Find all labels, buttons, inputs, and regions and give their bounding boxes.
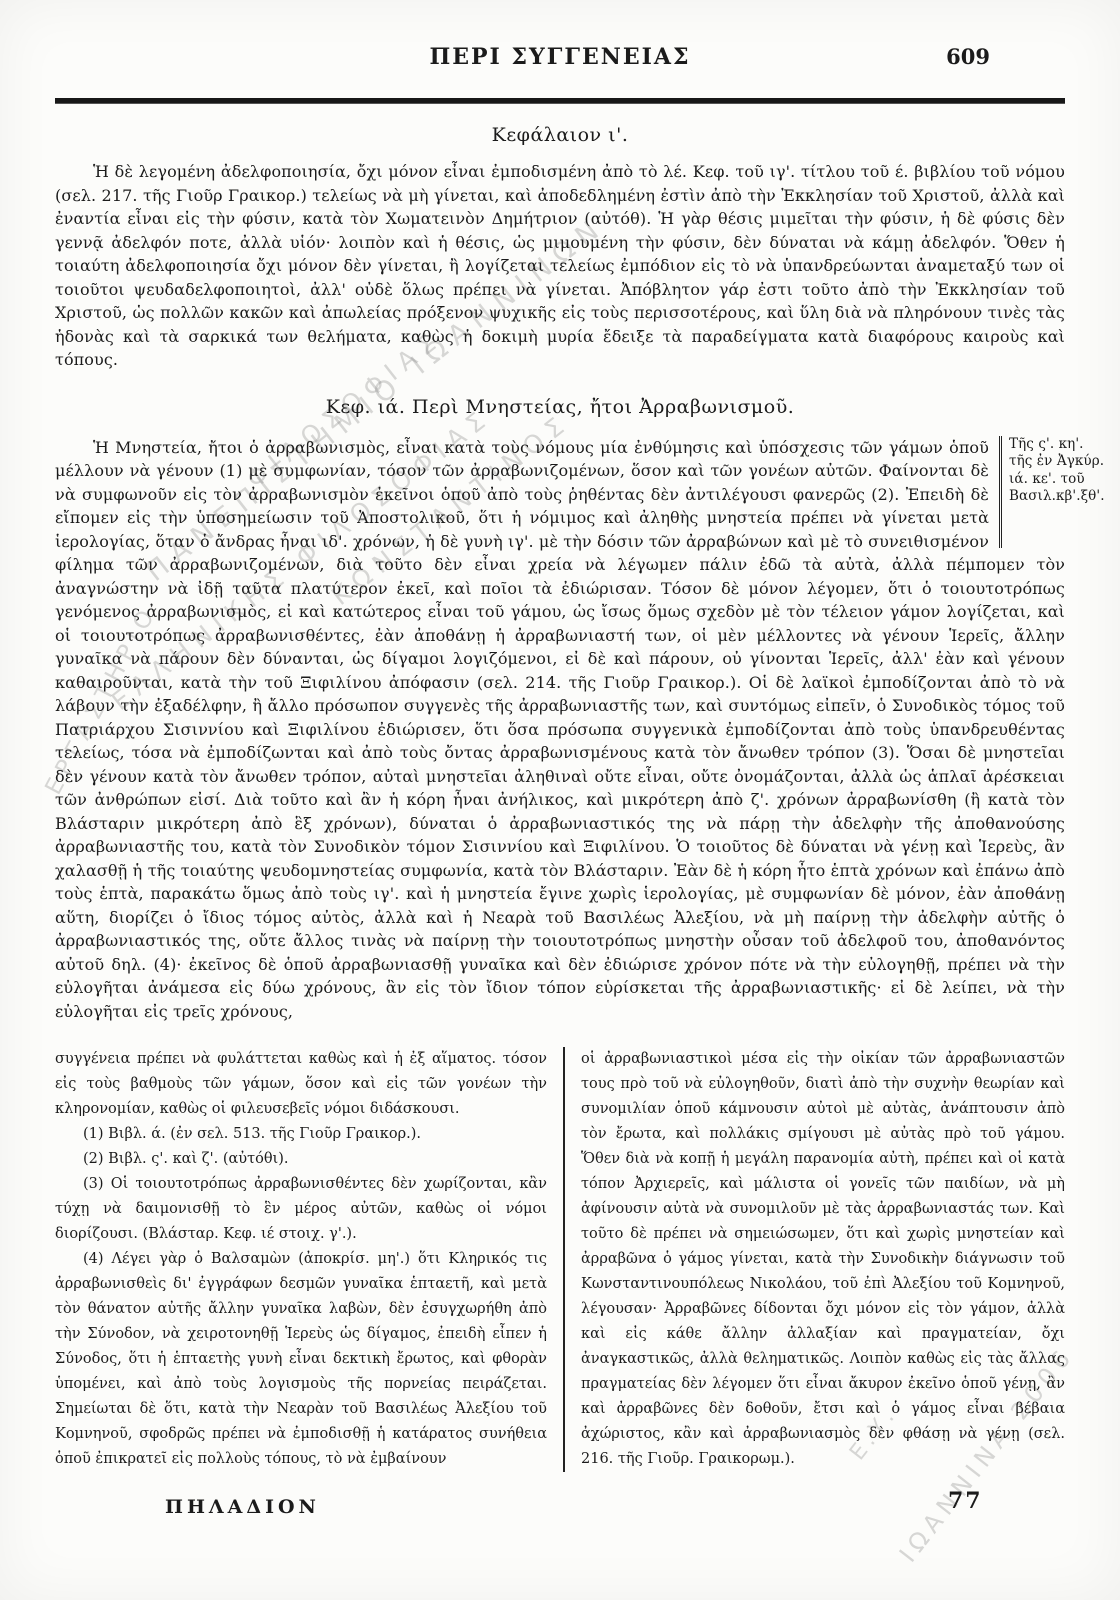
header-rule <box>55 98 1065 104</box>
margin-note-line: τῆς ἐν Ἀγκύρ. <box>1009 453 1113 471</box>
chapter-11-body-text: Ἡ Μνηστεία, ἤτοι ὁ ἀρραβωνισμὸς, εἶναι κ… <box>55 438 1065 1021</box>
footnote-3: (3) Οἱ τοιουτοτρόπως ἀρραβωνισθέντες δὲν… <box>55 1172 547 1247</box>
scanned-book-page: ΠΑΝΕΠΙΣΤΗΜΙΟ ΙΩΑΝΝΙΝΩΝ ΦΙΛΟΣΟΦΙΑΣ ΕΛΛΗΝΙ… <box>0 0 1120 1600</box>
chapter-heading-10: Κεφάλαιον ι'. <box>55 124 1065 146</box>
running-head: ΠΕΡΙ ΣΥΓΓΕΝΕΙΑΣ 609 <box>55 0 1065 88</box>
chapter-11-paragraph: Τῆς ς'. κη'. τῆς ἐν Ἀγκύρ. ιά. κε'. τοῦ … <box>55 436 1065 1024</box>
footnote-column-right: οἱ ἀρραβωνιαστικοὶ μέσα εἰς τὴν οἰκίαν τ… <box>563 1047 1065 1472</box>
margin-note-line: Τῆς ς'. κη'. <box>1009 436 1113 454</box>
sheet-number: 77 <box>948 1488 983 1514</box>
footnote-4-continuation: οἱ ἀρραβωνιαστικοὶ μέσα εἰς τὴν οἰκίαν τ… <box>581 1047 1065 1472</box>
signature-mark: ΠΗΛΑΔΙΟΝ <box>165 1496 320 1518</box>
footnote-section: συγγένεια πρέπει νὰ φυλάττεται καθὼς καὶ… <box>55 1047 1065 1472</box>
page-content: ΠΕΡΙ ΣΥΓΓΕΝΕΙΑΣ 609 Κεφάλαιον ι'. Ἡ δὲ λ… <box>0 0 1120 1472</box>
footnote-4: (4) Λέγει γὰρ ὁ Βαλσαμὼν (ἀποκρίσ. μη'.)… <box>55 1247 547 1472</box>
footnote-2: (2) Βιβλ. ς'. καὶ ζ'. (αὐτόθι). <box>55 1147 547 1172</box>
footnote-1: (1) Βιβλ. ά. (ἐν σελ. 513. τῆς Γιοῦρ Γρα… <box>55 1122 547 1147</box>
chapter-heading-11: Κεφ. ιά. Περὶ Μνηστείας, ἤτοι Ἀρραβωνισμ… <box>55 396 1065 418</box>
page-number: 609 <box>946 44 990 69</box>
footnote-column-left: συγγένεια πρέπει νὰ φυλάττεται καθὼς καὶ… <box>55 1047 563 1472</box>
chapter-10-paragraph: Ἡ δὲ λεγομένη ἀδελφοποιησία, ὄχι μόνον ε… <box>55 160 1065 372</box>
margin-note-line: Βασιλ.κβ'.ξθ'. <box>1009 488 1113 506</box>
footnote-continuation: συγγένεια πρέπει νὰ φυλάττεται καθὼς καὶ… <box>55 1047 547 1122</box>
margin-note: Τῆς ς'. κη'. τῆς ἐν Ἀγκύρ. ιά. κε'. τοῦ … <box>999 436 1113 548</box>
page-title: ΠΕΡΙ ΣΥΓΓΕΝΕΙΑΣ <box>55 44 1065 70</box>
margin-note-line: ιά. κε'. τοῦ <box>1009 471 1113 489</box>
